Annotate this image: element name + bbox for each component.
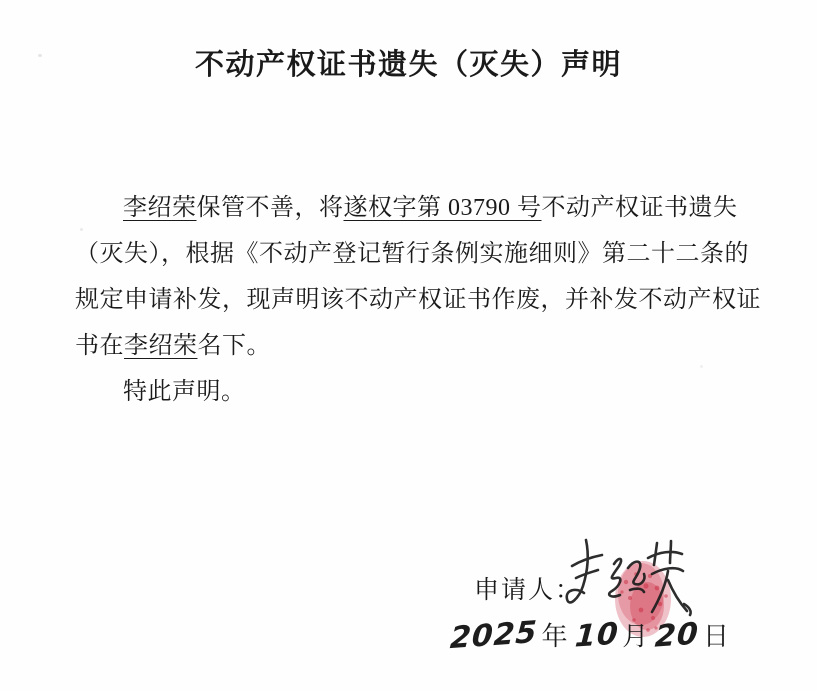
scanned-declaration-document: 不动产权证书遗失（灭失）声明 李绍荣保管不善，将遂权字第 03790 号不动产权… [0, 0, 817, 691]
date-day-unit: 日 [703, 622, 729, 651]
scan-speck [80, 228, 83, 231]
applicant-name-underlined: 李绍荣 [124, 333, 198, 359]
date-month-unit: 月 [622, 622, 648, 651]
date-line: 2025年10月20日 [450, 614, 729, 663]
scan-speck [700, 365, 703, 368]
applicant-name-underlined: 李绍荣 [123, 195, 197, 221]
body-text: 名下。 [198, 333, 272, 359]
scan-speck [38, 54, 42, 57]
body-text: 特此声明。 [123, 379, 246, 405]
body-line: 规定申请补发，现声明该不动产权证书作废，并补发不动产权证 [75, 277, 755, 323]
body-text: 不动产权证书遗失 [542, 195, 738, 221]
body-line: 书在李绍荣名下。 [75, 323, 755, 369]
document-title: 不动产权证书遗失（灭失）声明 [0, 42, 817, 83]
body-text: （灭失），根据《不动产登记暂行条例实施细则》第二十二条的 [75, 241, 749, 267]
body-line: 李绍荣保管不善，将遂权字第 03790 号不动产权证书遗失 [75, 185, 755, 231]
body-text: 规定申请补发，现声明该不动产权证书作废，并补发不动产权证 [75, 287, 761, 313]
body-text: 书在 [75, 333, 124, 359]
date-month: 10 [573, 612, 620, 659]
date-year-unit: 年 [542, 622, 568, 651]
body-text: 保管不善，将 [197, 195, 344, 221]
date-day: 20 [654, 612, 701, 659]
body-line: （灭失），根据《不动产登记暂行条例实施细则》第二十二条的 [75, 231, 755, 277]
date-year: 2025 [449, 611, 539, 661]
certificate-number-underlined: 遂权字第 03790 号 [344, 195, 542, 221]
closing-line: 特此声明。 [75, 369, 755, 415]
declaration-body: 李绍荣保管不善，将遂权字第 03790 号不动产权证书遗失 （灭失），根据《不动… [75, 185, 755, 415]
